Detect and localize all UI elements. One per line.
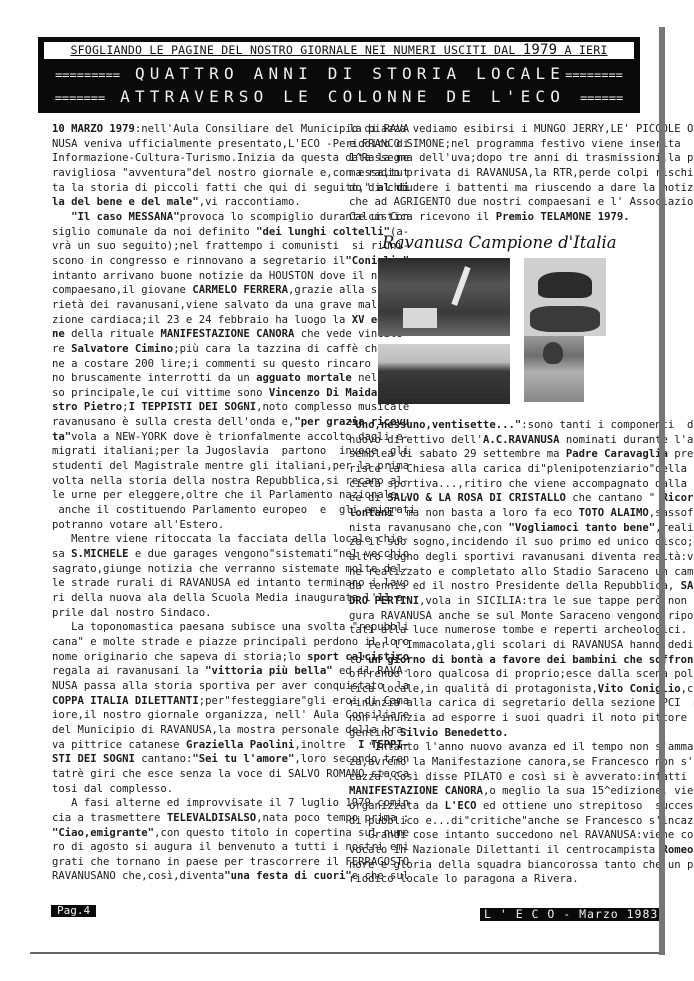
- body-text: compaesano,il giovane: [52, 284, 192, 296]
- body-text: rietà dei ravanusani,viene salvato da un…: [52, 299, 409, 311]
- text-line: offrendo loro qualcosa di proprio;esce d…: [349, 667, 639, 682]
- body-text: gentino: [349, 727, 400, 739]
- body-text: ne a costare 200 lire;i commenti su ques…: [52, 358, 409, 370]
- body-text: ne realizzato e completato allo Stadio S…: [349, 566, 694, 578]
- body-text: so principale,le cui vittime sono: [52, 387, 269, 399]
- bold-text: 10 MARZO 1979: [52, 123, 135, 135]
- text-line: La toponomastica paesana subisce una svo…: [52, 620, 342, 635]
- bold-text: STI DEI SOGNI: [52, 753, 135, 765]
- body-text: prefe: [668, 448, 694, 460]
- text-line: "Uno,nessuno,ventisette...":sono tanti i…: [349, 418, 639, 433]
- text-line: tati alla luce numerose tombe e reperti …: [349, 623, 639, 638]
- body-text: ,vi raccontiamo.: [199, 196, 301, 208]
- text-line: ma radio privata di RAVANUSA,la RTR,perd…: [349, 166, 639, 181]
- text-line: gentino Silvio Benedetto.: [349, 726, 639, 741]
- text-line: da tennis ed il nostro Presidente della …: [349, 579, 639, 594]
- body-text: organizzata da: [349, 800, 445, 812]
- text-line: lontani" ma non basta a loro fa eco TOTO…: [349, 506, 639, 521]
- text-line: Informazione-Cultura-Turismo.Inizia da q…: [52, 151, 342, 166]
- issue-date-label: L ' E C O - Marzo 1983: [480, 908, 662, 921]
- body-text: ma radio privata di RAVANUSA,la RTR,perd…: [349, 167, 694, 179]
- body-text: ravanusano è sulla cresta dell'onda e,: [52, 416, 294, 428]
- body-text: risce la Chiesa alla carica di"plenipote…: [349, 463, 694, 475]
- text-line: organizzata da L'ECO ed ottiene uno stre…: [349, 799, 639, 814]
- text-line: compaesano,il giovane CARMELO FERRERA,gr…: [52, 283, 342, 298]
- article-paragraph: A fasi alterne ed improvvisate il 7 lugl…: [52, 796, 342, 884]
- text-line: RAVANUSANO che,così,diventa"una festa di…: [52, 869, 342, 884]
- bold-text: Silvio Benedetto.: [400, 727, 508, 739]
- body-text: da tennis ed il nostro Presidente della …: [349, 580, 681, 592]
- body-text: vocato in Nazionale Dilettanti il centro…: [349, 844, 662, 856]
- text-line: no bruscamente interrotti da un agguato …: [52, 371, 342, 386]
- kicker-year: 1979: [523, 42, 558, 58]
- text-line: ravigliosa "avventura"del nostro giornal…: [52, 166, 342, 181]
- text-line: stro Pietro;I TEPPISTI DEI SOGNI,noto co…: [52, 400, 342, 415]
- text-line: intanto arrivano buone notizie da HOUSTO…: [52, 269, 342, 284]
- text-line: che ad AGRIGENTO due nostri compaesani e…: [349, 195, 639, 210]
- body-text: semblea di sabato 29 settembre ma: [349, 448, 566, 460]
- text-line: 10 MARZO 1979:nell'Aula Consiliare del M…: [52, 122, 342, 137]
- photo-caption-title: Ravanusa Campione d'Italia: [382, 232, 606, 254]
- text-line: za,avremo la Manifestazione canora,se Fr…: [349, 755, 639, 770]
- bottom-rule: [30, 952, 660, 954]
- bold-text: A.C.RAVANUSA: [483, 434, 560, 446]
- bold-text: agguato mortale: [256, 372, 352, 384]
- body-text: RAVANUSANO che,così,diventa: [52, 870, 224, 882]
- text-line: rietà dei ravanusani,viene salvato da un…: [52, 298, 342, 313]
- body-text: scono in congresso e rinnovano a segreta…: [52, 255, 345, 267]
- bold-text: MANIFESTAZIONE CANORA: [160, 328, 294, 340]
- right-article-column-bottom: "Uno,nessuno,ventisette...":sono tanti i…: [349, 418, 639, 887]
- text-line: siglio comunale da noi definito "dei lun…: [52, 225, 342, 240]
- text-line: "Ciao,emigrante",con questo titolo in co…: [52, 826, 342, 841]
- article-paragraph: 10 MARZO 1979:nell'Aula Consiliare del M…: [52, 122, 342, 210]
- bold-text: ta": [52, 431, 71, 443]
- body-text: la piazza vediamo esibirsi i MUNGO JERRY…: [349, 123, 694, 135]
- text-line: Calcistica ricevono il Premio TELAMONE 1…: [349, 210, 639, 225]
- text-line: anche il costituendo Parlamento europeo …: [52, 503, 342, 518]
- body-text: nore e gloria della squadra biancorossa …: [349, 859, 694, 871]
- text-line: so principale,le cui vittime sono Vincen…: [52, 386, 342, 401]
- page-number-label: Pag.4: [51, 905, 96, 917]
- body-text: ,che: [681, 683, 694, 695]
- body-text: vrà un suo seguito);nel frattempo i comu…: [52, 240, 409, 252]
- body-text: nuovo direttivo dell': [349, 434, 483, 446]
- text-line: DRO PERTINI,vola in SICILIA:tra le sue t…: [349, 594, 639, 609]
- text-line: semblea di sabato 29 settembre ma Padre …: [349, 447, 639, 462]
- bold-text: stro Pietro: [52, 401, 122, 413]
- text-line: vrà un suo seguito);nel frattempo i comu…: [52, 239, 342, 254]
- body-text: altro sogno degli sportivi ravanusani di…: [349, 551, 694, 563]
- bold-text: CARMELO FERRERA: [192, 284, 288, 296]
- text-line: ta la storia di piccoli fatti che qui di…: [52, 181, 342, 196]
- bold-text: Vincenzo Di Maida: [269, 387, 377, 399]
- bold-text: TOTO ALAIMO: [579, 507, 649, 519]
- article-paragraph: "Il caso MESSANA"provoca lo scompiglio d…: [52, 210, 342, 532]
- player-portrait-photo: [524, 336, 584, 402]
- bold-text: "Vogliamoci tanto bene": [508, 522, 655, 534]
- body-text: tosi dal complesso.: [52, 783, 173, 795]
- text-line: do di chiudere i battenti ma riuscendo a…: [349, 181, 639, 196]
- bold-text: Ricordi: [662, 492, 694, 504]
- body-text: re: [52, 343, 71, 355]
- body-text: ,sassofo-: [649, 507, 694, 519]
- text-line: tica locale,in qualità di protagonista,V…: [349, 682, 639, 697]
- body-text: sa: [52, 548, 71, 560]
- text-line: NUSA passa alla storia sportiva per aver…: [52, 679, 342, 694]
- bold-text: la del bene e del male": [52, 196, 199, 208]
- body-text: "Intanto l'anno nuovo avanza ed il tempo…: [349, 741, 694, 753]
- body-text: cantano:: [135, 753, 192, 765]
- text-line: to"un giorno di bontà a favore dei bambi…: [349, 653, 639, 668]
- body-text: tati alla luce numerose tombe e reperti …: [349, 624, 687, 636]
- bold-text: Salvatore Cimino: [71, 343, 173, 355]
- text-line: "Il caso MESSANA"provoca lo scompiglio d…: [52, 210, 342, 225]
- text-line: le strade rurali di RAVANUSA ed intanto …: [52, 576, 342, 591]
- text-line: prile dal nostro Sindaco.: [52, 606, 342, 621]
- bold-text: SALVO & LA ROSA DI CRISTALLO: [387, 492, 566, 504]
- bold-text: "Sei tu l'amore": [192, 753, 294, 765]
- text-line: Grandi cose intanto succedono nel RAVANU…: [349, 828, 639, 843]
- body-text: zione cardiaca;il 23 e 24 febbraio ha lu…: [52, 314, 352, 326]
- text-line: la del bene e del male",vi raccontiamo.: [52, 195, 342, 210]
- body-text: za il suo sogno,incidendo il suo primo e…: [349, 536, 694, 548]
- text-line: di pubblico e...di"critiche"anche se Fra…: [349, 814, 639, 829]
- bold-text: Graziella Paolini: [186, 739, 294, 751]
- text-line: Per l'Immacolata,gli scolari di RAVANUSA…: [349, 638, 639, 653]
- body-text: intanto arrivano buone notizie da HOUSTO…: [52, 270, 409, 282]
- article-paragraph: La toponomastica paesana subisce una svo…: [52, 620, 342, 796]
- scan-edge-bar: [659, 27, 665, 955]
- body-text: tica locale,in qualità di protagonista,: [349, 683, 598, 695]
- text-line: cana" e molte strade e piazze principali…: [52, 635, 342, 650]
- text-line: re Salvatore Cimino;più cara la tazzina …: [52, 342, 342, 357]
- body-text: va pittrice catanese: [52, 739, 186, 751]
- body-text: ce di: [349, 492, 387, 504]
- text-line: potranno votare all'Estero.: [52, 518, 342, 533]
- text-line: scono in congresso e rinnovano a segreta…: [52, 254, 342, 269]
- body-text: Per l'Immacolata,gli scolari di RAVANUSA…: [349, 639, 694, 651]
- bold-text: lontani: [349, 507, 394, 519]
- text-line: del Municipio di RAVANUSA,la mostra pers…: [52, 723, 342, 738]
- headline-kicker: SFOGLIANDO LE PAGINE DEL NOSTRO GIORNALE…: [44, 42, 634, 59]
- text-line: nuovo direttivo dell'A.C.RAVANUSA nomina…: [349, 433, 639, 448]
- bold-text: I TEPPISTI DEI SOGNI: [129, 401, 257, 413]
- body-text: nominati durante l'as-: [559, 434, 694, 446]
- body-text: cia a trasmettere: [52, 812, 167, 824]
- text-line: la piazza vediamo esibirsi i MUNGO JERRY…: [349, 122, 639, 137]
- bold-text: MANIFESTAZIONE CANORA: [349, 785, 483, 797]
- bold-text: Vito Coniglio: [598, 683, 681, 695]
- text-line: cia a trasmettere TELEVALDISALSO,nata po…: [52, 811, 342, 826]
- text-line: sa S.MICHELE e due garages vengono"siste…: [52, 547, 342, 562]
- bold-text: L'ECO: [445, 800, 477, 812]
- bold-text: Romeo: [662, 844, 694, 856]
- fans-celebrating-photo: [378, 258, 510, 336]
- body-text: che ad AGRIGENTO due nostri compaesani e…: [349, 196, 694, 208]
- text-line: regala ai ravanusani la "vittoria più be…: [52, 664, 342, 679]
- left-article-column: 10 MARZO 1979:nell'Aula Consiliare del M…: [52, 122, 342, 884]
- bold-text: COPPA ITALIA DILETTANTI: [52, 695, 199, 707]
- bold-text: Padre Caravaglia: [566, 448, 668, 460]
- body-text: ;più cara la tazzina di caffè che vie: [173, 343, 409, 355]
- text-line: NUSA veniva ufficialmente presentato,L'E…: [52, 137, 342, 152]
- headline-line-2: ======= ATTRAVERSO LE COLONNE DE L'ECO =…: [38, 86, 640, 109]
- bold-text: "un giorno di bontà a favore dei bambini…: [362, 654, 694, 666]
- text-line: 1^Rassegna dell'uva;dopo tre anni di tra…: [349, 151, 639, 166]
- text-line: ravanusano è sulla cresta dell'onda e,"p…: [52, 415, 342, 430]
- text-line: riodico locale lo paragona a Rivera.: [349, 872, 639, 887]
- bold-text: SAN-: [681, 580, 694, 592]
- bold-text: "Uno,nessuno,ventisette...": [349, 419, 521, 431]
- body-text: della rituale: [65, 328, 161, 340]
- body-text: regala ai ravanusani la: [52, 665, 205, 677]
- body-text: " ma non basta a loro fa eco: [394, 507, 579, 519]
- body-text: non rinunzia ad esporre i suoi quadri il…: [349, 712, 694, 724]
- body-text: no bruscamente interrotti da un: [52, 372, 256, 384]
- body-text: potranno votare all'Estero.: [52, 519, 224, 531]
- text-line: rinunzia alla carica di segretario della…: [349, 696, 639, 711]
- article-paragraph: Mentre viene ritoccata la facciata della…: [52, 532, 342, 620]
- bold-text: "Ciao,emigrante": [52, 827, 154, 839]
- text-line: nome originario che sapeva di storia;lo …: [52, 650, 342, 665]
- text-line: ne realizzato e completato allo Stadio S…: [349, 565, 639, 580]
- bold-text: ne: [52, 328, 65, 340]
- text-line: ne a costare 200 lire;i commenti su ques…: [52, 357, 342, 372]
- body-text: offrendo loro qualcosa di proprio;esce d…: [349, 668, 694, 680]
- body-text: 1^Rassegna dell'uva;dopo tre anni di tra…: [349, 152, 694, 164]
- bold-text: Premio TELAMONE 1979.: [496, 211, 630, 223]
- body-text: ,vola in SICILIA:tra le sue tappe però n…: [419, 595, 694, 607]
- text-line: cietà sportiva...,ritiro che viene accom…: [349, 477, 639, 492]
- text-line: ri della nuova ala della Scuola Media in…: [52, 591, 342, 606]
- text-line: sagrato,giunge notizia che verranno sist…: [52, 562, 342, 577]
- text-line: za il suo sogno,incidendo il suo primo e…: [349, 535, 639, 550]
- text-line: nista ravanusano che,con "Vogliamoci tan…: [349, 521, 639, 536]
- body-text: gura RAVANUSA anche se sul Monte Saracen…: [349, 610, 694, 622]
- text-line: COPPA ITALIA DILETTANTI;per"festeggiare"…: [52, 694, 342, 709]
- text-line: nore e gloria della squadra biancorossa …: [349, 858, 639, 873]
- body-text: e FRANCO SIMONE;nel programma festivo vi…: [349, 138, 694, 150]
- headline-box: SFOGLIANDO LE PAGINE DEL NOSTRO GIORNALE…: [38, 37, 640, 113]
- text-line: le urne per eleggere,oltre che il Parlam…: [52, 488, 342, 503]
- text-line: A fasi alterne ed improvvisate il 7 lugl…: [52, 796, 342, 811]
- trophy-cup-photo: [524, 258, 606, 336]
- right-article-column-top: la piazza vediamo esibirsi i MUNGO JERRY…: [349, 122, 639, 225]
- team-lineup-photo: [378, 344, 510, 404]
- body-text: :sono tanti i componenti del: [521, 419, 694, 431]
- text-line: gura RAVANUSA anche se sul Monte Saracen…: [349, 609, 639, 624]
- bold-text: "vittoria più bella": [205, 665, 333, 677]
- body-text: cietà sportiva...,ritiro che viene accom…: [349, 478, 694, 490]
- text-line: e FRANCO SIMONE;nel programma festivo vi…: [349, 137, 639, 152]
- text-line: migrati italiani;per la Jugoslavia parto…: [52, 444, 342, 459]
- body-text: di pubblico e...di"critiche"anche se Fra…: [349, 815, 694, 827]
- headline-line-1: ========= QUATTRO ANNI DI STORIA LOCALE=…: [38, 63, 640, 86]
- text-line: risce la Chiesa alla carica di"plenipote…: [349, 462, 639, 477]
- text-line: MANIFESTAZIONE CANORA,o meglio la sua 15…: [349, 784, 639, 799]
- text-line: ne della rituale MANIFESTAZIONE CANORA c…: [52, 327, 342, 342]
- body-text: rinunzia alla carica di segretario della…: [349, 697, 694, 709]
- body-text: Calcistica ricevono il: [349, 211, 496, 223]
- body-text: prile dal nostro Sindaco.: [52, 607, 211, 619]
- text-line: Mentre viene ritoccata la facciata della…: [52, 532, 342, 547]
- body-text: che cantano ": [566, 492, 662, 504]
- text-line: ta"vola a NEW-YORK dove è trionfalmente …: [52, 430, 342, 445]
- body-text: riodico locale lo paragona a Rivera.: [349, 873, 579, 885]
- text-line: "Intanto l'anno nuovo avanza ed il tempo…: [349, 740, 639, 755]
- body-text: cazza".Così disse PILATO e così si è avv…: [349, 771, 694, 783]
- photo-collage: Ravanusa Campione d'Italia: [378, 232, 606, 404]
- text-line: altro sogno degli sportivi ravanusani di…: [349, 550, 639, 565]
- bold-text: S.MICHELE: [71, 548, 128, 560]
- bold-text: "dei lunghi coltelli": [256, 226, 390, 238]
- text-line: STI DEI SOGNI cantano:"Sei tu l'amore",l…: [52, 752, 342, 767]
- text-line: ro di agosto si augura il benvenuto a tu…: [52, 840, 342, 855]
- bold-text: "una festa di cuori": [224, 870, 352, 882]
- bold-text: "Il caso MESSANA": [71, 211, 179, 223]
- text-line: cazza".Così disse PILATO e così si è avv…: [349, 770, 639, 785]
- text-line: iore,il nostro giornale organizza, nell'…: [52, 708, 342, 723]
- text-line: va pittrice catanese Graziella Paolini,i…: [52, 738, 342, 753]
- body-text: to: [349, 654, 362, 666]
- body-text: za,avremo la Manifestazione canora,se Fr…: [349, 756, 694, 768]
- body-text: nome originario che sapeva di storia;lo: [52, 651, 307, 663]
- text-line: studenti del Magistrale mentre gli itali…: [52, 459, 342, 474]
- text-line: vocato in Nazionale Dilettanti il centro…: [349, 843, 639, 858]
- bold-text: TELEVALDISALSO: [167, 812, 256, 824]
- body-text: do di chiudere i battenti ma riuscendo a…: [349, 182, 694, 194]
- body-text: nista ravanusano che,con: [349, 522, 508, 534]
- body-text: [52, 211, 71, 223]
- text-line: ce di SALVO & LA ROSA DI CRISTALLO che c…: [349, 491, 639, 506]
- text-line: tatrè giri che esce senza la voce di SAL…: [52, 767, 342, 782]
- body-text: Grandi cose intanto succedono nel RAVANU…: [349, 829, 694, 841]
- text-line: grati che tornano in paese per trascorre…: [52, 855, 342, 870]
- bold-text: DRO PERTINI: [349, 595, 419, 607]
- text-line: tosi dal complesso.: [52, 782, 342, 797]
- body-text: siglio comunale da noi definito: [52, 226, 256, 238]
- body-text: ta la storia di piccoli fatti che qui di…: [52, 182, 371, 194]
- text-line: zione cardiaca;il 23 e 24 febbraio ha lu…: [52, 313, 342, 328]
- text-line: volta nella storia della nostra Repubbli…: [52, 474, 342, 489]
- text-line: non rinunzia ad esporre i suoi quadri il…: [349, 711, 639, 726]
